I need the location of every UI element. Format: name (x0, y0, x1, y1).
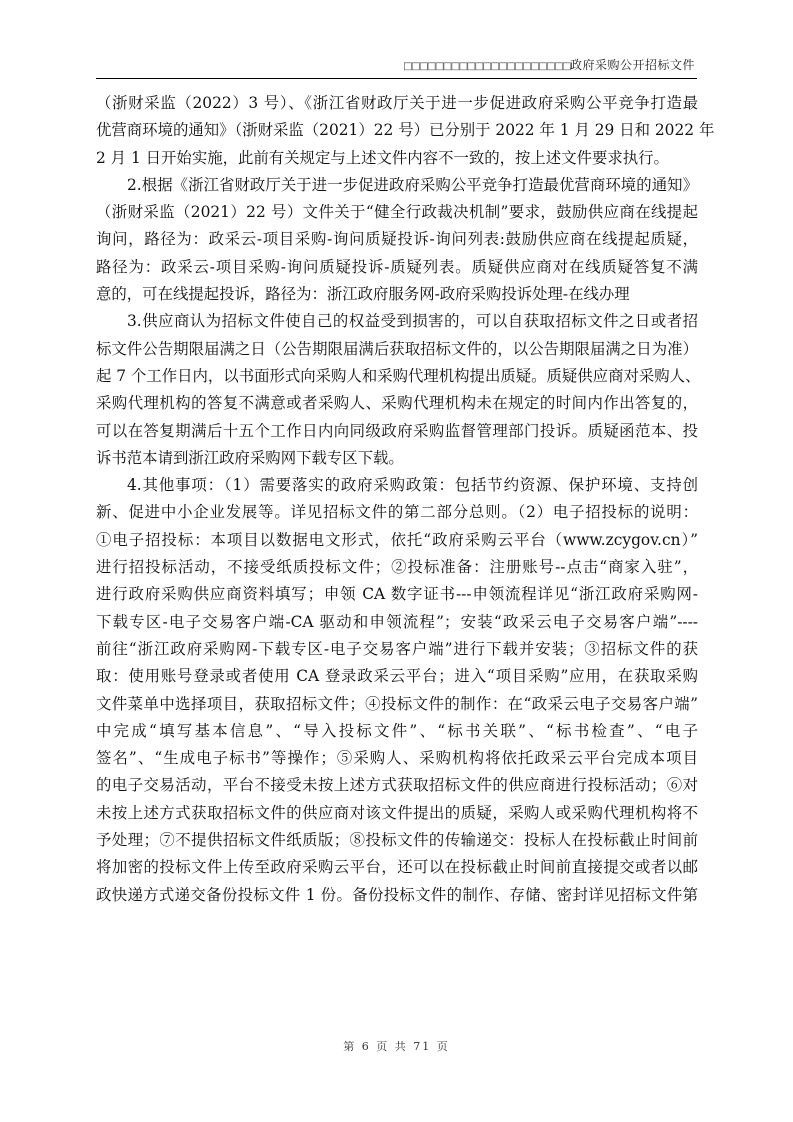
text-line: 前往“浙江政府采购网-下载专区-电子交易客户端”进行下载并安装；③招标文件的获 (96, 636, 698, 663)
text-line: 2 月 1 日开始实施，此前有关规定与上述文件内容不一致的，按上述文件要求执行。 (96, 145, 698, 172)
text-line: （浙财采监（2021）22 号）文件关于“健全行政裁决机制”要求，鼓励供应商在线… (96, 199, 698, 226)
text-line: 诉书范本请到浙江政府采购网下载专区下载。 (96, 445, 698, 472)
text-line: 将加密的投标文件上传至政府采购云平台，还可以在投标截止时间前直接提交或者以邮 (96, 854, 698, 881)
text-line: 新、促进中小企业发展等。详见招标文件的第二部分总则。（2）电子招投标的说明： (96, 499, 698, 526)
text-line: 采购代理机构的答复不满意或者采购人、采购代理机构未在规定的时间内作出答复的， (96, 390, 698, 417)
text-line: 取：使用账号登录或者使用 CA 登录政采云平台；进入“项目采购”应用，在获取采购 (96, 663, 698, 690)
paragraph-item-3: 3.供应商认为招标文件使自己的权益受到损害的，可以自获取招标文件之日或者招 标文… (96, 308, 698, 472)
text-line: ①电子招投标：本项目以数据电文形式，依托“政府采购云平台（www.zcygov.… (96, 527, 698, 554)
text-line: 的电子交易活动，平台不接受未按上述方式获取招标文件的供应商进行投标活动；⑥对 (96, 772, 698, 799)
text-line: 2.根据《浙江省财政厅关于进一步促进政府采购公平竞争打造最优营商环境的通知》 (96, 172, 698, 199)
text-line: 标文件公告期限届满之日（公告期限届满后获取招标文件的，以公告期限届满之日为准） (96, 336, 698, 363)
text-line: 进行招投标活动，不接受纸质投标文件；②投标准备：注册账号--点击“商家入驻”， (96, 554, 698, 581)
paragraph-item-2: 2.根据《浙江省财政厅关于进一步促进政府采购公平竞争打造最优营商环境的通知》 （… (96, 172, 698, 308)
text-line: 文件菜单中选择项目，获取招标文件；④投标文件的制作：在“政采云电子交易客户端” (96, 691, 698, 718)
text-line: 中完成“填写基本信息”、“导入投标文件”、“标书关联”、“标书检查”、“电子 (96, 718, 698, 745)
header-document-title: 政府采购公开招标文件 (570, 58, 695, 72)
paragraph-continuation: （浙财采监（2022）3 号）、《浙江省财政厅关于进一步促进政府采购公平竞争打造… (96, 90, 698, 172)
text-line: 政快递方式递交备份投标文件 1 份。备份投标文件的制作、存储、密封详见招标文件第 (96, 882, 698, 909)
document-body: （浙财采监（2022）3 号）、《浙江省财政厅关于进一步促进政府采购公平竞争打造… (96, 90, 698, 909)
header-placeholder-boxes: □□□□□□□□□□□□□□□□□□□□□ (403, 61, 570, 72)
text-line: 意的，可在线提起投诉，路径为：浙江政府服务网-政府采购投诉处理-在线办理 (96, 281, 698, 308)
text-line: （浙财采监（2022）3 号）、《浙江省财政厅关于进一步促进政府采购公平竞争打造… (96, 90, 698, 117)
text-line: 可以在答复期满后十五个工作日内向同级政府采购监督管理部门投诉。质疑函范本、投 (96, 418, 698, 445)
text-line: 3.供应商认为招标文件使自己的权益受到损害的，可以自获取招标文件之日或者招 (96, 308, 698, 335)
text-line: 下载专区-电子交易客户端-CA 驱动和申领流程”；安装“政采云电子交易客户端”-… (96, 609, 698, 636)
text-line: 未按上述方式获取招标文件的供应商对该文件提出的质疑，采购人或采购代理机构将不 (96, 800, 698, 827)
page-header: □□□□□□□□□□□□□□□□□□□□□政府采购公开招标文件 (96, 54, 697, 79)
text-line: 路径为：政采云-项目采购-询问质疑投诉-质疑列表。质疑供应商对在线质疑答复不满 (96, 254, 698, 281)
paragraph-item-4: 4.其他事项：（1）需要落实的政府采购政策：包括节约资源、保护环境、支持创 新、… (96, 472, 698, 909)
text-line: 予处理；⑦不提供招标文件纸质版；⑧投标文件的传输递交：投标人在投标截止时间前 (96, 827, 698, 854)
text-line: 起 7 个工作日内，以书面形式向采购人和采购代理机构提出质疑。质疑供应商对采购人… (96, 363, 698, 390)
text-line: 优营商环境的通知》（浙财采监（2021）22 号）已分别于 2022 年 1 月… (96, 117, 698, 144)
header-title: □□□□□□□□□□□□□□□□□□□□□政府采购公开招标文件 (403, 56, 695, 73)
text-line: 签名”、“生成电子标书”等操作；⑤采购人、采购机构将依托政采云平台完成本项目 (96, 745, 698, 772)
text-line: 进行政府采购供应商资料填写；申领 CA 数字证书---申领流程详见“浙江政府采购… (96, 581, 698, 608)
text-line: 4.其他事项：（1）需要落实的政府采购政策：包括节约资源、保护环境、支持创 (96, 472, 698, 499)
page-number: 第 6 页 共 71 页 (0, 1038, 793, 1054)
text-line: 询问，路径为：政采云-项目采购-询问质疑投诉-询问列表:鼓励供应商在线提起质疑， (96, 226, 698, 253)
